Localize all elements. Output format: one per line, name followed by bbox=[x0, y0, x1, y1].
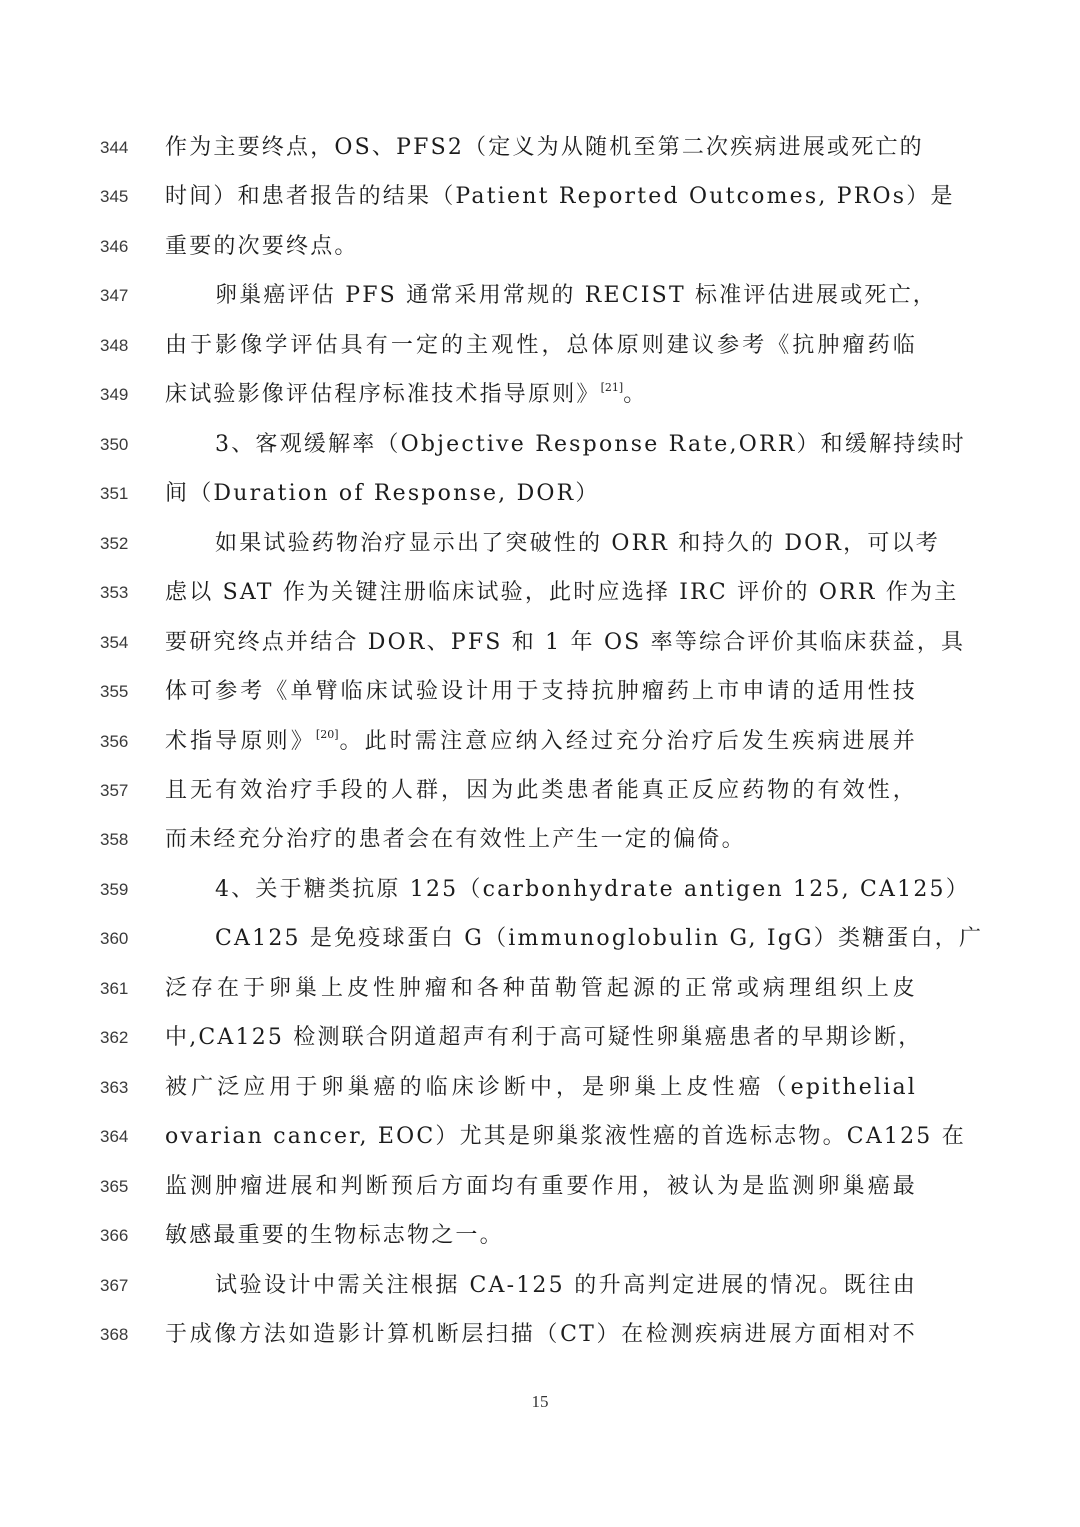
line-text: 重要的次要终点。 bbox=[165, 227, 917, 267]
line-number: 363 bbox=[100, 1068, 140, 1108]
line-text: 体可参考《单臂临床试验设计用于支持抗肿瘤药上市申请的适用性技 bbox=[165, 672, 917, 712]
line-text-content: 术指导原则》 bbox=[165, 729, 316, 754]
line-number: 366 bbox=[100, 1216, 140, 1256]
document-line: 364ovarian cancer, EOC）尤其是卵巢浆液性癌的首选标志物。C… bbox=[0, 1117, 1080, 1157]
line-text-content: 被广泛应用于卵巢癌的临床诊断中，是卵巢上皮性癌（epithelial bbox=[165, 1075, 917, 1100]
document-line: 354要研究终点并结合 DOR、PFS 和 1 年 OS 率等综合评价其临床获益… bbox=[0, 623, 1080, 663]
line-number: 365 bbox=[100, 1167, 140, 1207]
line-text-content: 体可参考《单臂临床试验设计用于支持抗肿瘤药上市申请的适用性技 bbox=[165, 679, 917, 704]
line-number: 362 bbox=[100, 1018, 140, 1058]
line-text: 试验设计中需关注根据 CA-125 的升高判定进展的情况。既往由 bbox=[215, 1266, 917, 1306]
line-text-content: 4、关于糖类抗原 125（carbonhydrate antigen 125, … bbox=[215, 877, 970, 902]
document-line: 346重要的次要终点。 bbox=[0, 227, 1080, 267]
line-number: 359 bbox=[100, 870, 140, 910]
document-line: 368于成像方法如造影计算机断层扫描（CT）在检测疾病进展方面相对不 bbox=[0, 1315, 1080, 1355]
document-line: 3594、关于糖类抗原 125（carbonhydrate antigen 12… bbox=[0, 870, 1080, 910]
line-number: 357 bbox=[100, 771, 140, 811]
line-text-content: 敏感最重要的生物标志物之一。 bbox=[165, 1223, 504, 1248]
line-text-content: 3、客观缓解率（Objective Response Rate,ORR）和缓解持… bbox=[215, 432, 966, 457]
line-text-continuation: 。此时需注意应纳入经过充分治疗后发生疾病进展并 bbox=[339, 729, 918, 754]
line-text-continuation: 。 bbox=[623, 382, 647, 407]
document-page: 344作为主要终点，OS、PFS2（定义为从随机至第二次疾病进展或死亡的345时… bbox=[0, 0, 1080, 1527]
line-text: 于成像方法如造影计算机断层扫描（CT）在检测疾病进展方面相对不 bbox=[165, 1315, 917, 1355]
line-number: 346 bbox=[100, 227, 140, 267]
document-line: 357且无有效治疗手段的人群，因为此类患者能真正反应药物的有效性， bbox=[0, 771, 1080, 811]
line-number: 356 bbox=[100, 722, 140, 762]
line-text-content: 且无有效治疗手段的人群，因为此类患者能真正反应药物的有效性， bbox=[165, 778, 917, 803]
line-number: 368 bbox=[100, 1315, 140, 1355]
line-text: 间（Duration of Response, DOR） bbox=[165, 474, 917, 514]
line-text: 如果试验药物治疗显示出了突破性的 ORR 和持久的 DOR，可以考 bbox=[215, 524, 917, 564]
line-number: 361 bbox=[100, 969, 140, 1009]
line-text: 且无有效治疗手段的人群，因为此类患者能真正反应药物的有效性， bbox=[165, 771, 917, 811]
line-text: 要研究终点并结合 DOR、PFS 和 1 年 OS 率等综合评价其临床获益，具 bbox=[165, 623, 917, 663]
line-number: 345 bbox=[100, 177, 140, 217]
line-number: 351 bbox=[100, 474, 140, 514]
line-text: 由于影像学评估具有一定的主观性，总体原则建议参考《抗肿瘤药临 bbox=[165, 326, 917, 366]
line-text-content: CA125 是免疫球蛋白 G（immunoglobulin G, IgG）类糖蛋… bbox=[215, 926, 983, 951]
line-text-content: 作为主要终点，OS、PFS2（定义为从随机至第二次疾病进展或死亡的 bbox=[165, 135, 924, 160]
line-text-content: 如果试验药物治疗显示出了突破性的 ORR 和持久的 DOR，可以考 bbox=[215, 531, 940, 556]
line-text-content: 中,CA125 检测联合阴道超声有利于高可疑性卵巢癌患者的早期诊断， bbox=[165, 1025, 923, 1050]
line-text: 术指导原则》[20]。此时需注意应纳入经过充分治疗后发生疾病进展并 bbox=[165, 722, 917, 762]
line-text: CA125 是免疫球蛋白 G（immunoglobulin G, IgG）类糖蛋… bbox=[215, 919, 917, 959]
citation-reference: [21] bbox=[601, 381, 624, 394]
line-number: 350 bbox=[100, 425, 140, 465]
line-text: 虑以 SAT 作为关键注册临床试验，此时应选择 IRC 评价的 ORR 作为主 bbox=[165, 573, 917, 613]
line-number: 354 bbox=[100, 623, 140, 663]
line-text-content: 而未经充分治疗的患者会在有效性上产生一定的偏倚。 bbox=[165, 827, 746, 852]
document-line: 347卵巢癌评估 PFS 通常采用常规的 RECIST 标准评估进展或死亡， bbox=[0, 276, 1080, 316]
line-number: 344 bbox=[100, 128, 140, 168]
document-line: 367试验设计中需关注根据 CA-125 的升高判定进展的情况。既往由 bbox=[0, 1266, 1080, 1306]
line-text-content: 由于影像学评估具有一定的主观性，总体原则建议参考《抗肿瘤药临 bbox=[165, 333, 917, 358]
line-text: 3、客观缓解率（Objective Response Rate,ORR）和缓解持… bbox=[215, 425, 917, 465]
line-number: 349 bbox=[100, 375, 140, 415]
line-text: 床试验影像评估程序标准技术指导原则》[21]。 bbox=[165, 375, 917, 415]
document-line: 353虑以 SAT 作为关键注册临床试验，此时应选择 IRC 评价的 ORR 作… bbox=[0, 573, 1080, 613]
document-line: 363被广泛应用于卵巢癌的临床诊断中，是卵巢上皮性癌（epithelial bbox=[0, 1068, 1080, 1108]
line-text-content: 床试验影像评估程序标准技术指导原则》 bbox=[165, 382, 601, 407]
document-line: 355体可参考《单臂临床试验设计用于支持抗肿瘤药上市申请的适用性技 bbox=[0, 672, 1080, 712]
line-text: 时间）和患者报告的结果（Patient Reported Outcomes, P… bbox=[165, 177, 917, 217]
line-number: 358 bbox=[100, 820, 140, 860]
document-line: 352如果试验药物治疗显示出了突破性的 ORR 和持久的 DOR，可以考 bbox=[0, 524, 1080, 564]
line-text: 监测肿瘤进展和判断预后方面均有重要作用，被认为是监测卵巢癌最 bbox=[165, 1167, 917, 1207]
document-line: 365监测肿瘤进展和判断预后方面均有重要作用，被认为是监测卵巢癌最 bbox=[0, 1167, 1080, 1207]
document-line: 358而未经充分治疗的患者会在有效性上产生一定的偏倚。 bbox=[0, 820, 1080, 860]
document-line: 366敏感最重要的生物标志物之一。 bbox=[0, 1216, 1080, 1256]
line-number: 360 bbox=[100, 919, 140, 959]
line-text-content: 监测肿瘤进展和判断预后方面均有重要作用，被认为是监测卵巢癌最 bbox=[165, 1174, 917, 1199]
document-line: 351间（Duration of Response, DOR） bbox=[0, 474, 1080, 514]
document-line: 345时间）和患者报告的结果（Patient Reported Outcomes… bbox=[0, 177, 1080, 217]
citation-reference: [20] bbox=[316, 728, 339, 741]
line-text-content: ovarian cancer, EOC）尤其是卵巢浆液性癌的首选标志物。CA12… bbox=[165, 1124, 966, 1149]
document-line: 344作为主要终点，OS、PFS2（定义为从随机至第二次疾病进展或死亡的 bbox=[0, 128, 1080, 168]
line-text: ovarian cancer, EOC）尤其是卵巢浆液性癌的首选标志物。CA12… bbox=[165, 1117, 917, 1157]
line-number: 353 bbox=[100, 573, 140, 613]
line-text-content: 时间）和患者报告的结果（Patient Reported Outcomes, P… bbox=[165, 184, 955, 209]
document-line: 356术指导原则》[20]。此时需注意应纳入经过充分治疗后发生疾病进展并 bbox=[0, 722, 1080, 762]
line-text: 中,CA125 检测联合阴道超声有利于高可疑性卵巢癌患者的早期诊断， bbox=[165, 1018, 917, 1058]
line-text: 被广泛应用于卵巢癌的临床诊断中，是卵巢上皮性癌（epithelial bbox=[165, 1068, 917, 1108]
document-line: 349床试验影像评估程序标准技术指导原则》[21]。 bbox=[0, 375, 1080, 415]
line-text-content: 泛存在于卵巢上皮性肿瘤和各种苗勒管起源的正常或病理组织上皮 bbox=[165, 976, 917, 1001]
document-line: 348由于影像学评估具有一定的主观性，总体原则建议参考《抗肿瘤药临 bbox=[0, 326, 1080, 366]
document-line: 361泛存在于卵巢上皮性肿瘤和各种苗勒管起源的正常或病理组织上皮 bbox=[0, 969, 1080, 1009]
line-text: 敏感最重要的生物标志物之一。 bbox=[165, 1216, 917, 1256]
document-line: 360CA125 是免疫球蛋白 G（immunoglobulin G, IgG）… bbox=[0, 919, 1080, 959]
line-text: 卵巢癌评估 PFS 通常采用常规的 RECIST 标准评估进展或死亡， bbox=[215, 276, 917, 316]
line-text-content: 重要的次要终点。 bbox=[165, 234, 359, 259]
line-text: 作为主要终点，OS、PFS2（定义为从随机至第二次疾病进展或死亡的 bbox=[165, 128, 917, 168]
line-text-content: 试验设计中需关注根据 CA-125 的升高判定进展的情况。既往由 bbox=[215, 1273, 917, 1298]
document-line: 362中,CA125 检测联合阴道超声有利于高可疑性卵巢癌患者的早期诊断， bbox=[0, 1018, 1080, 1058]
line-text-content: 卵巢癌评估 PFS 通常采用常规的 RECIST 标准评估进展或死亡， bbox=[215, 283, 937, 308]
line-text-content: 要研究终点并结合 DOR、PFS 和 1 年 OS 率等综合评价其临床获益，具 bbox=[165, 630, 965, 655]
line-number: 364 bbox=[100, 1117, 140, 1157]
line-number: 347 bbox=[100, 276, 140, 316]
line-text: 而未经充分治疗的患者会在有效性上产生一定的偏倚。 bbox=[165, 820, 917, 860]
document-line: 3503、客观缓解率（Objective Response Rate,ORR）和… bbox=[0, 425, 1080, 465]
line-number: 355 bbox=[100, 672, 140, 712]
line-text-content: 于成像方法如造影计算机断层扫描（CT）在检测疾病进展方面相对不 bbox=[165, 1322, 917, 1347]
line-text: 4、关于糖类抗原 125（carbonhydrate antigen 125, … bbox=[215, 870, 917, 910]
line-number: 352 bbox=[100, 524, 140, 564]
page-number: 15 bbox=[0, 1392, 1080, 1412]
line-text-content: 虑以 SAT 作为关键注册临床试验，此时应选择 IRC 评价的 ORR 作为主 bbox=[165, 580, 958, 605]
line-number: 348 bbox=[100, 326, 140, 366]
line-text: 泛存在于卵巢上皮性肿瘤和各种苗勒管起源的正常或病理组织上皮 bbox=[165, 969, 917, 1009]
line-text-content: 间（Duration of Response, DOR） bbox=[165, 481, 600, 506]
line-number: 367 bbox=[100, 1266, 140, 1306]
